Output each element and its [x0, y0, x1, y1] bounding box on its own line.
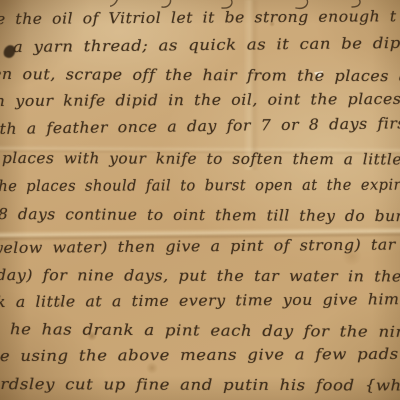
- manuscript-line: en out, scrape off the hair from the pla…: [0, 65, 400, 85]
- manuscript-line: 8 days continue to oint them till they d…: [0, 205, 400, 225]
- manuscript-line: h your knife dipid in the oil, oint the …: [0, 90, 400, 110]
- manuscript-page: e the oil of Vitriol let it be strong en…: [0, 0, 400, 400]
- manuscript-line: k a little at a time every time you give…: [0, 290, 400, 311]
- manuscript-line: l he has drank a pint each day for the n…: [0, 320, 400, 341]
- manuscript-line: ith a feather once a day for 7 or 8 days…: [0, 114, 400, 138]
- manuscript-line: places with your knife to soften them a …: [2, 149, 400, 168]
- manuscript-line: e the oil of Vitriol let it be strong en…: [0, 7, 397, 28]
- manuscript-line: yelow water) then give a pint of strong)…: [0, 235, 400, 257]
- manuscript-line: ardsley cut up fine and putin his food {…: [0, 375, 400, 395]
- manuscript-line: the places should fail to burst open at …: [0, 175, 400, 195]
- manuscript-line: a yarn thread; as quick as it can be dip…: [13, 33, 400, 56]
- manuscript-line: le using the above means give a few pads…: [0, 345, 400, 365]
- manuscript-line: day) for nine days, put the tar water in…: [0, 266, 400, 286]
